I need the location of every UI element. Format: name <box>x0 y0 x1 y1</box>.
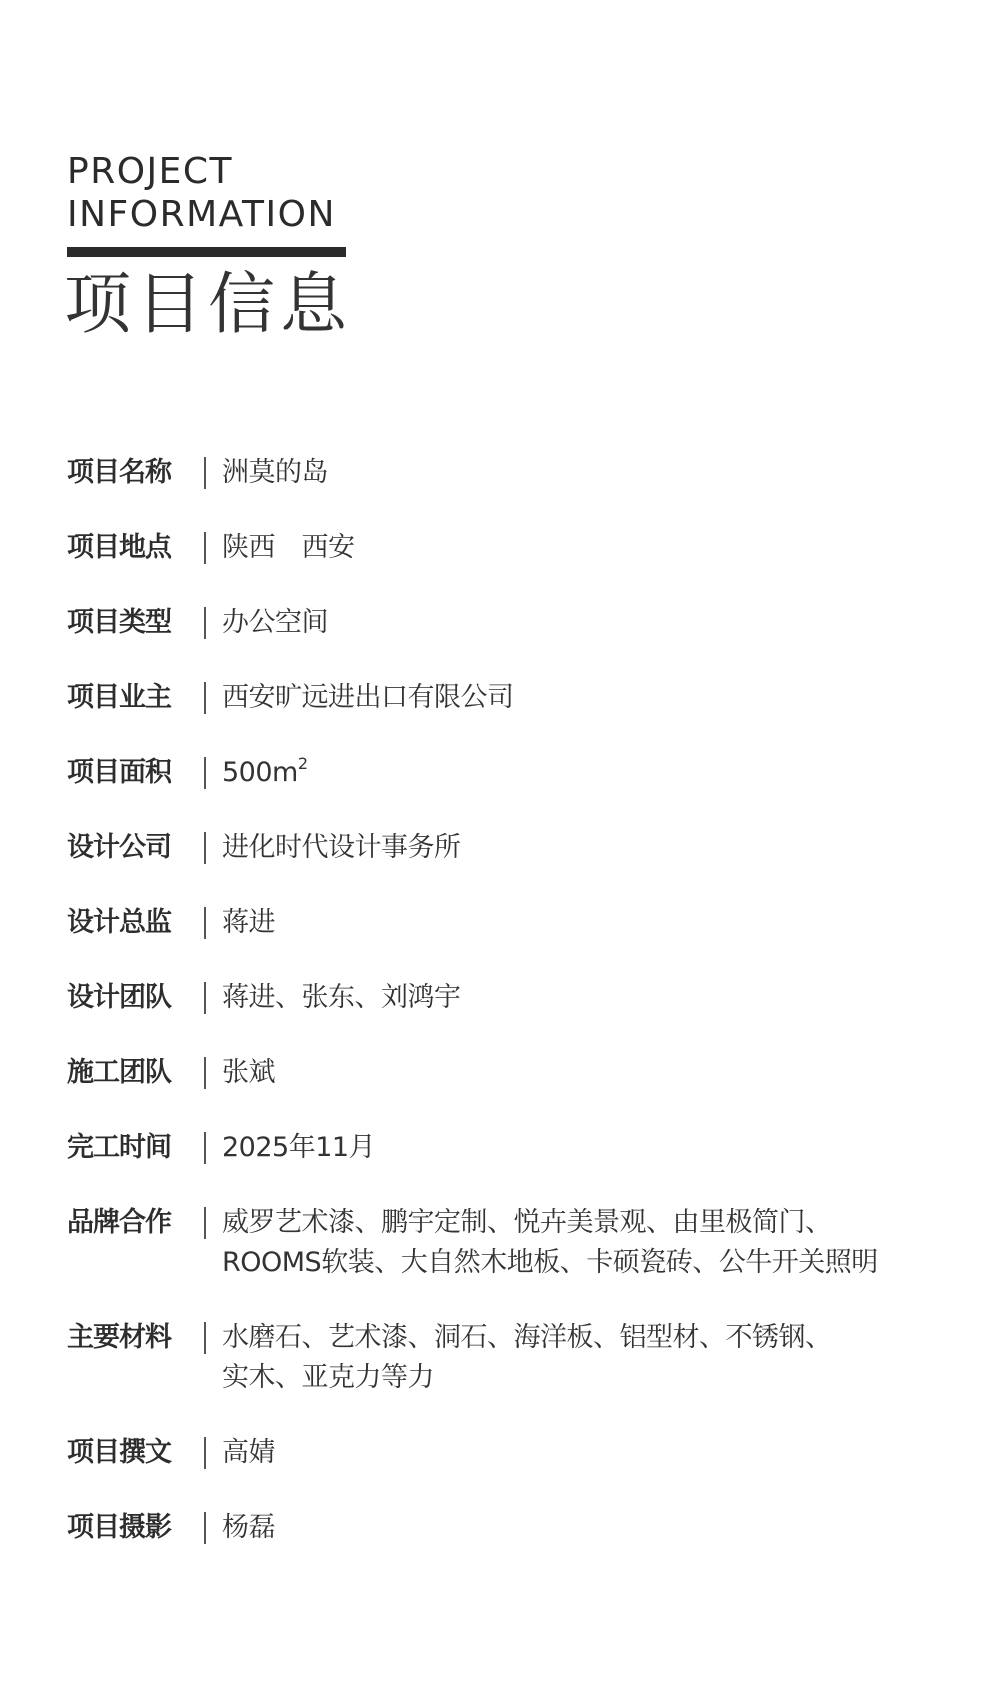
info-row-design-team: 设计团队 蒋进、张东、刘鸿宇 <box>67 978 987 1018</box>
separator-divider <box>204 757 206 789</box>
info-row-area: 项目面积 500m2 <box>67 753 987 793</box>
info-value: 威罗艺术漆、鹏宇定制、悦卉美景观、由里极简门、 ROOMS软装、大自然木地板、卡… <box>222 1203 987 1283</box>
info-label: 设计总监 <box>67 903 191 943</box>
info-value: 2025年11月 <box>222 1128 987 1168</box>
separator-divider <box>204 1322 206 1354</box>
info-value: 杨磊 <box>222 1508 987 1548</box>
title-divider-bar <box>67 247 346 257</box>
info-label: 项目类型 <box>67 603 191 643</box>
info-value: 水磨石、艺术漆、洞石、海洋板、铝型材、不锈钢、 实木、亚克力等力 <box>222 1318 987 1398</box>
separator-divider <box>204 1512 206 1544</box>
info-value: 蒋进 <box>222 903 987 943</box>
value-line: 陕西 西安 <box>222 528 987 568</box>
value-line: 500m2 <box>222 753 987 793</box>
value-line: 蒋进、张东、刘鸿宇 <box>222 978 987 1018</box>
info-label: 完工时间 <box>67 1128 191 1168</box>
info-row-photography: 项目摄影 杨磊 <box>67 1508 987 1548</box>
info-value: 500m2 <box>222 753 987 793</box>
info-value: 陕西 西安 <box>222 528 987 568</box>
info-label: 项目撰文 <box>67 1433 191 1473</box>
separator-divider <box>204 532 206 564</box>
info-label: 项目地点 <box>67 528 191 568</box>
value-line: 杨磊 <box>222 1508 987 1548</box>
value-line: 高婧 <box>222 1433 987 1473</box>
info-label: 施工团队 <box>67 1053 191 1093</box>
english-title-line-2: INFORMATION <box>67 193 347 236</box>
value-line: ROOMS软装、大自然木地板、卡硕瓷砖、公牛开关照明 <box>222 1243 987 1283</box>
info-row-location: 项目地点 陕西 西安 <box>67 528 987 568</box>
info-label: 项目业主 <box>67 678 191 718</box>
info-row-main-materials: 主要材料 水磨石、艺术漆、洞石、海洋板、铝型材、不锈钢、 实木、亚克力等力 <box>67 1318 987 1398</box>
value-line: 办公空间 <box>222 603 987 643</box>
english-title-line-1: PROJECT <box>67 150 347 193</box>
info-row-owner: 项目业主 西安旷远进出口有限公司 <box>67 678 987 718</box>
info-row-design-director: 设计总监 蒋进 <box>67 903 987 943</box>
separator-divider <box>204 907 206 939</box>
info-row-type: 项目类型 办公空间 <box>67 603 987 643</box>
header-en-title: PROJECT INFORMATION <box>67 150 347 236</box>
info-row-name: 项目名称 洲莫的岛 <box>67 453 987 493</box>
info-value: 西安旷远进出口有限公司 <box>222 678 987 718</box>
project-info-list: 项目名称 洲莫的岛 项目地点 陕西 西安 项目类型 办公空间 项目业主 西安旷远… <box>67 453 987 1583</box>
separator-divider <box>204 982 206 1014</box>
area-unit-superscript: 2 <box>298 754 308 773</box>
separator-divider <box>204 1132 206 1164</box>
area-value: 500m <box>222 757 298 788</box>
value-line: 洲莫的岛 <box>222 453 987 493</box>
info-label: 项目摄影 <box>67 1508 191 1548</box>
value-line: 蒋进 <box>222 903 987 943</box>
info-value: 张斌 <box>222 1053 987 1093</box>
info-label: 主要材料 <box>67 1318 191 1358</box>
separator-divider <box>204 1207 206 1239</box>
value-line: 张斌 <box>222 1053 987 1093</box>
info-row-completion-date: 完工时间 2025年11月 <box>67 1128 987 1168</box>
value-line: 2025年11月 <box>222 1128 987 1168</box>
info-row-copywriter: 项目撰文 高婧 <box>67 1433 987 1473</box>
chinese-title: 项目信息 <box>64 266 352 342</box>
value-line: 水磨石、艺术漆、洞石、海洋板、铝型材、不锈钢、 <box>222 1318 987 1358</box>
info-label: 设计团队 <box>67 978 191 1018</box>
info-value: 洲莫的岛 <box>222 453 987 493</box>
value-line: 进化时代设计事务所 <box>222 828 987 868</box>
value-line: 威罗艺术漆、鹏宇定制、悦卉美景观、由里极简门、 <box>222 1203 987 1243</box>
separator-divider <box>204 832 206 864</box>
separator-divider <box>204 1057 206 1089</box>
value-line: 实木、亚克力等力 <box>222 1358 987 1398</box>
separator-divider <box>204 457 206 489</box>
info-value: 高婧 <box>222 1433 987 1473</box>
info-value: 办公空间 <box>222 603 987 643</box>
info-row-design-company: 设计公司 进化时代设计事务所 <box>67 828 987 868</box>
info-value: 蒋进、张东、刘鸿宇 <box>222 978 987 1018</box>
separator-divider <box>204 1437 206 1469</box>
separator-divider <box>204 682 206 714</box>
info-label: 设计公司 <box>67 828 191 868</box>
value-line: 西安旷远进出口有限公司 <box>222 678 987 718</box>
info-label: 品牌合作 <box>67 1203 191 1243</box>
english-title: PROJECT INFORMATION <box>67 150 347 236</box>
info-row-brand-partners: 品牌合作 威罗艺术漆、鹏宇定制、悦卉美景观、由里极简门、 ROOMS软装、大自然… <box>67 1203 987 1283</box>
separator-divider <box>204 607 206 639</box>
info-label: 项目面积 <box>67 753 191 793</box>
info-value: 进化时代设计事务所 <box>222 828 987 868</box>
info-label: 项目名称 <box>67 453 191 493</box>
info-row-construction-team: 施工团队 张斌 <box>67 1053 987 1093</box>
